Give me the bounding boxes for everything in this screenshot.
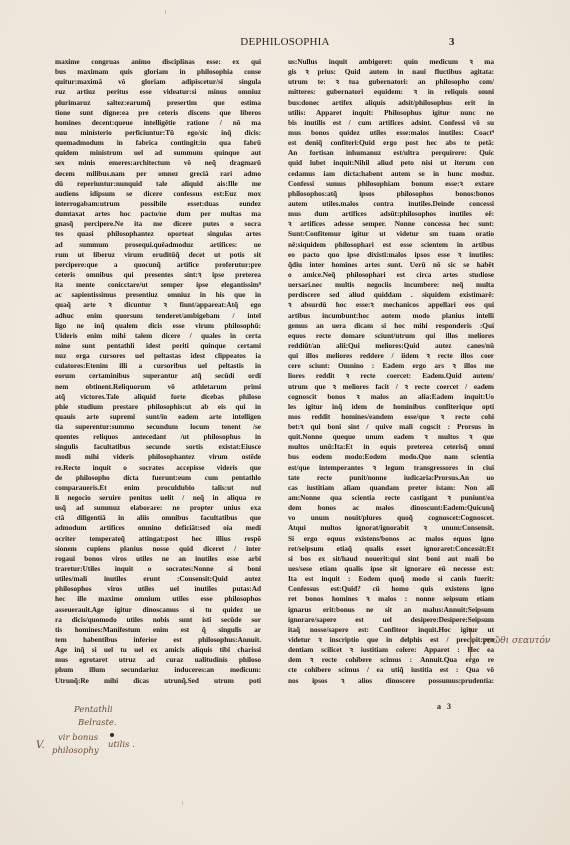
margin-bracket: [470, 628, 471, 662]
text-line: uersari.nec multis negociis incumbere: n…: [288, 280, 494, 290]
text-line: de philosopho dicta fuerunt:eum cum pent…: [55, 473, 261, 483]
text-line: sex minis emeres:architectum võ neq̃ dra…: [55, 158, 261, 168]
text-line: quemadmodum in fabrica contingit:in qua …: [55, 138, 261, 148]
handwritten-note-philosophy: philosophy: [52, 746, 99, 756]
text-line: decem milibus.nam per omnez greciã rari …: [55, 169, 261, 179]
text-line: phum illum secundariuz induceres:an medi…: [55, 665, 261, 675]
text-line: Si ergo equus existens/bonos ac malos eq…: [288, 534, 494, 544]
text-line: nuu ministerio perficiuntur:Tũ ego/sic i…: [55, 128, 261, 138]
text-line: bus:donec artifex aliquis adsit/philosop…: [288, 98, 494, 108]
text-line: bus eodem modo:Eodem modo.Que nam scient…: [288, 452, 494, 462]
text-line: percipere:que a quocunq̃ artifice profer…: [55, 260, 261, 270]
text-line: autem utiles.malos contra inutiles.Deind…: [288, 199, 494, 209]
text-line: Sunt:Confitemur igitur ut videtur sm tua…: [288, 229, 494, 239]
text-line: tem habentibus inferior est philosophus:…: [55, 635, 261, 645]
paper-speck: [182, 801, 183, 805]
text-line: mos reddit homines/eandem esse/que ꝛ rec…: [288, 412, 494, 422]
text-line: ret bonos homines ꝛ malos : nonne seipsu…: [288, 594, 494, 604]
text-line: us:Nullus inquit ambigeret: quin medicum…: [288, 57, 494, 67]
text-line: ꝛ absurdũ hoc esse:ꝛ mechanicos appellar…: [288, 300, 494, 310]
text-line: modi mihi videris philosophantez virum o…: [55, 452, 261, 462]
handwritten-note-vir-bonus: vir bonus: [58, 733, 98, 743]
text-line: rogaui bonos viros utiles ne an inutiles…: [55, 554, 261, 564]
text-line: philosophos viros utiles uel inutiles pu…: [55, 584, 261, 594]
text-line: usq̃ ad summuz elaborare: ne propter uni…: [55, 503, 261, 513]
text-line: est deniq̃ confiteri:Quid ergo post hec …: [288, 138, 494, 148]
folio-number: 3: [449, 36, 455, 48]
text-line: li negocio seruire penitus uelit / neq̃ …: [55, 493, 261, 503]
text-line: homines decent:queue intelligẽtie ration…: [55, 118, 261, 128]
text-line: gemus an uera dicam si hoc mihi responde…: [288, 321, 494, 331]
text-line: eo pacto quo ipse dixisti:malos ipsos es…: [288, 250, 494, 260]
text-line: quidem ministrum uel ad summum quinque a…: [55, 148, 261, 158]
book-page: DEPHILOSOPHIA 3 maxime congruas animo di…: [0, 0, 570, 845]
text-line: mitteres: gubernatori equidem: ꝛ in reli…: [288, 87, 494, 97]
text-line: traretur:Utiles inquit o socrates:Nonne …: [55, 564, 261, 574]
text-line: ꝛ artifices adesse semper. Nonne concess…: [288, 219, 494, 229]
text-line: Confessi sumus philosophiam bonum esse:ꝛ…: [288, 179, 494, 189]
text-line: bus maximam quis gloriam in philosophia …: [55, 67, 261, 77]
text-line: An fortisan inhumanuz est/ultra perquire…: [288, 148, 494, 158]
text-line: quauis arte supremi sunt/in eadem arte i…: [55, 412, 261, 422]
text-line: itaq̃ nosse/sapere est: Confiteor inquit…: [288, 625, 494, 635]
text-line: ocriter temperateq̃ attingat:post hec il…: [55, 534, 261, 544]
signature-mark: a 3: [437, 702, 451, 711]
text-line: Uideris enim mihi talem dicere / quales …: [55, 331, 261, 341]
text-line: ac sapientissimus presentiuz omniuz in h…: [55, 290, 261, 300]
text-line: utrum que ꝛ meliores facit / ꝛ recte coe…: [288, 382, 494, 392]
text-line: quentes reliquos antecedant /ut philosop…: [55, 432, 261, 442]
handwritten-note-utilis: utilis .: [108, 740, 135, 750]
text-line: perdiscere sed aliud quiddam . siquidem …: [288, 290, 494, 300]
text-line: utiles/mali inutiles erunt :Consensit:Qu…: [55, 574, 261, 584]
text-line: bis inutilis est / cum artifices adsint.…: [288, 118, 494, 128]
text-line: am:Nonne qua scientia recte castigant ꝛ …: [288, 493, 494, 503]
text-line: les igitur inq̃ idem de hominibus confit…: [288, 402, 494, 412]
text-line: maxime congruas animo disciplinas esse: …: [55, 57, 261, 67]
text-line: singulis facultatibus secunde sortis exi…: [55, 442, 261, 452]
text-line: sionem cupiens planius nosse quid dicere…: [55, 544, 261, 554]
text-line: q̃diu inter homines artes sunt. Uerũ nõ …: [288, 260, 494, 270]
text-line: quaq̃ arte ꝛ dicuntur ꝛ fiunt/appareat:A…: [55, 300, 261, 310]
text-line: dũ reperiuntur:nunquid tale aliquid ais:…: [55, 179, 261, 189]
text-line: tis homines:Manifestum enim est q̃ singu…: [55, 625, 261, 635]
text-line: tione sunt digne:ea pre ceteris discens …: [55, 108, 261, 118]
text-line: ruz artiuz peritus esse videatur:si minu…: [55, 87, 261, 97]
paper-speck: [165, 10, 166, 14]
text-line: quitur:maximã võ gloriam adipiscetur/si …: [55, 77, 261, 87]
text-line: nẽ:siquidem philosophari est esse scient…: [288, 240, 494, 250]
text-line: nuz erga cursores uel peltastas idest cl…: [55, 351, 261, 361]
text-line: tes quasi philosophantez oporteat singul…: [55, 229, 261, 239]
text-line: si bos ex sit/haud nouerit:qui sint boni…: [288, 554, 494, 564]
text-line: est/que intemperantes ꝛ legum transgress…: [288, 463, 494, 473]
text-line: qui illos meliores reddere / iidem ꝛ rec…: [288, 351, 494, 361]
text-line: ignorare/sapere est uel desipere:Desiper…: [288, 615, 494, 625]
text-line: cas iustitiam aliam quandam preter istam…: [288, 483, 494, 493]
text-line: vo unum nouit/plures quoq̃ cognoscet:Cog…: [288, 513, 494, 523]
text-line: equos recte domare sciunt/utrum qui illo…: [288, 331, 494, 341]
text-line: atq̃ victores.Tale aliquid forte dicebas…: [55, 392, 261, 402]
text-line: utilis: Apparet inquit: Philosophus igit…: [288, 108, 494, 118]
text-line: eorum certaminibus superantur atq̃ secũd…: [55, 371, 261, 381]
text-line: quid lubet inquit:Nihil aliud peto nisi …: [288, 158, 494, 168]
text-line: asseuerauit.Age igitur dinoscamus si tu …: [55, 605, 261, 615]
text-line: mus bonos quidez utiles esse:malos inuti…: [288, 128, 494, 138]
text-line: nem obtinent.Reliquorum võ athletarum pr…: [55, 382, 261, 392]
text-line: culatores:Etenim illi a cursoribus uel p…: [55, 361, 261, 371]
text-line: comparaueris.Et enim proculdubio talis:u…: [55, 483, 261, 493]
text-line: multos unũ:Ita:Et in equis preterea cete…: [288, 442, 494, 452]
text-line: bet:ꝛ qui boni sint / quive mali cogscit…: [288, 422, 494, 432]
text-line: cedamus iam dicta:habent autem se in hun…: [288, 169, 494, 179]
text-line: reddiũt/an alii:Qui meliores:Quid autez …: [288, 341, 494, 351]
text-line: ues/sese etiam qualis ipse sit ignorare …: [288, 564, 494, 574]
text-line: adhuc enim quorsum tenderet/ambigebam / …: [55, 311, 261, 321]
text-line: tia superentur:summo secundum locum tene…: [55, 422, 261, 432]
text-line: rum ut liberuz virum eruditũq̃ decet ut …: [55, 250, 261, 260]
ink-dot: [110, 733, 114, 737]
text-line: mus egrotaret utruz ad curaz ualitudinis…: [55, 655, 261, 665]
text-line: cognoscit bonos ꝛ malos an alia:Eadem in…: [288, 392, 494, 402]
handwritten-note-belraste: Belraste.: [78, 718, 117, 728]
text-line: plurimaruz saltez:earumq̃ presertim que …: [55, 98, 261, 108]
text-line: gnasq̃ percipere.Ne ita me dicere putes …: [55, 219, 261, 229]
text-line: mine sunt pentathli idest periti quinque…: [55, 341, 261, 351]
text-line: liores reddit ꝛ recte coercet: Eadem.Qui…: [288, 371, 494, 381]
text-line: admodum artifices omnino deficiãt:sed oi…: [55, 523, 261, 533]
text-line: philosophos:atq̃ ipsos philosophos bonos…: [288, 189, 494, 199]
text-line: ret/seipsum etiaq̃ qualis esset ignorare…: [288, 544, 494, 554]
text-line: videtur ꝛ inscriptio que in delphis est …: [288, 635, 494, 645]
text-line: audiens idipsum se dicere confessus est:…: [55, 189, 261, 199]
text-line: cte cohibere scimus / ea utiq̃ iustitia …: [288, 665, 494, 675]
text-line: hec ille maxime omnium utiles esse philo…: [55, 594, 261, 604]
text-line: Utrunq̃:Re mihi dicas utrunq̃.Sed utrum …: [55, 676, 261, 686]
text-line: interrogabam:utrum possibile esset:duas …: [55, 199, 261, 209]
text-line: dentiam scilicet ꝛ iustitiam colere: App…: [288, 645, 494, 655]
text-line: Age inq̃ si uel tu uel ex amicis aliquis…: [55, 645, 261, 655]
text-line: Confessus est:Quid? cũ homo quis existen…: [288, 584, 494, 594]
text-line: re.Recte inquit o socrates accepisse vid…: [55, 463, 261, 473]
text-line: tate recte punit/nonne iudicaria:Prorsus…: [288, 473, 494, 483]
text-line: ctã diligentiã in aliis omnibus facultat…: [55, 513, 261, 523]
text-line: ad summum prosequi.quẽadmoduz artifices:…: [55, 240, 261, 250]
greek-marginal-note: γνῶθι σεαυτόν: [482, 636, 550, 646]
text-line: ceteris omnibus qui presentes sint:ꝛ ips…: [55, 270, 261, 280]
text-line: nos ipsos ꝛ alios dinoscere possumus:pru…: [288, 676, 494, 686]
text-line: ignarus erit:bonus ne sit an malus:Annui…: [288, 605, 494, 615]
text-line: dem ꝛ recte cohibere scimus : Annuit.Qua…: [288, 655, 494, 665]
text-line: dumtaxat artes hoc pacto/ne dum per mult…: [55, 209, 261, 219]
handwritten-note-v: V.: [36, 740, 45, 751]
text-line: artibus incumbunt:hoc autem modo planius…: [288, 311, 494, 321]
text-line: cere sciunt: Omnino : Eadem ergo ars ꝛ i…: [288, 361, 494, 371]
text-line: utrum te: ꝛ tua gubernatori: an philosop…: [288, 77, 494, 87]
running-head: DEPHILOSOPHIA: [200, 36, 370, 48]
left-text-column: maxime congruas animo disciplinas esse: …: [55, 57, 261, 686]
text-line: mus dum artifices adsũt:philosophos inut…: [288, 209, 494, 219]
text-line: o amice.Neq̃ philosophari est circa arte…: [288, 270, 494, 280]
handwritten-note-pentathli: Pentathli: [74, 705, 113, 715]
right-text-column: us:Nullus inquit ambigeret: quin medicum…: [288, 57, 494, 686]
text-line: ra dicis/quomodo utiles nobis sunt isti …: [55, 615, 261, 625]
text-line: quit.Nonne queque unum eadem ꝛ multos ꝛ …: [288, 432, 494, 442]
text-line: ligo ne inq̃ qualem dicis esse virum phi…: [55, 321, 261, 331]
text-line: gis ꝛ prius: Quid autem in naui fluctibu…: [288, 67, 494, 77]
text-line: Ita est inquit : Eodem quoq̃ modo si can…: [288, 574, 494, 584]
text-line: phie studium prestare philosophis:ut ab …: [55, 402, 261, 412]
text-line: Atqui multos ignorat/ignorabit ꝛ unum:Co…: [288, 523, 494, 533]
text-line: dem bonos ac malos dinoscunt:Eadem:Quicu…: [288, 503, 494, 513]
text-line: ita mente conicctare/ut semper ipse eleg…: [55, 280, 261, 290]
